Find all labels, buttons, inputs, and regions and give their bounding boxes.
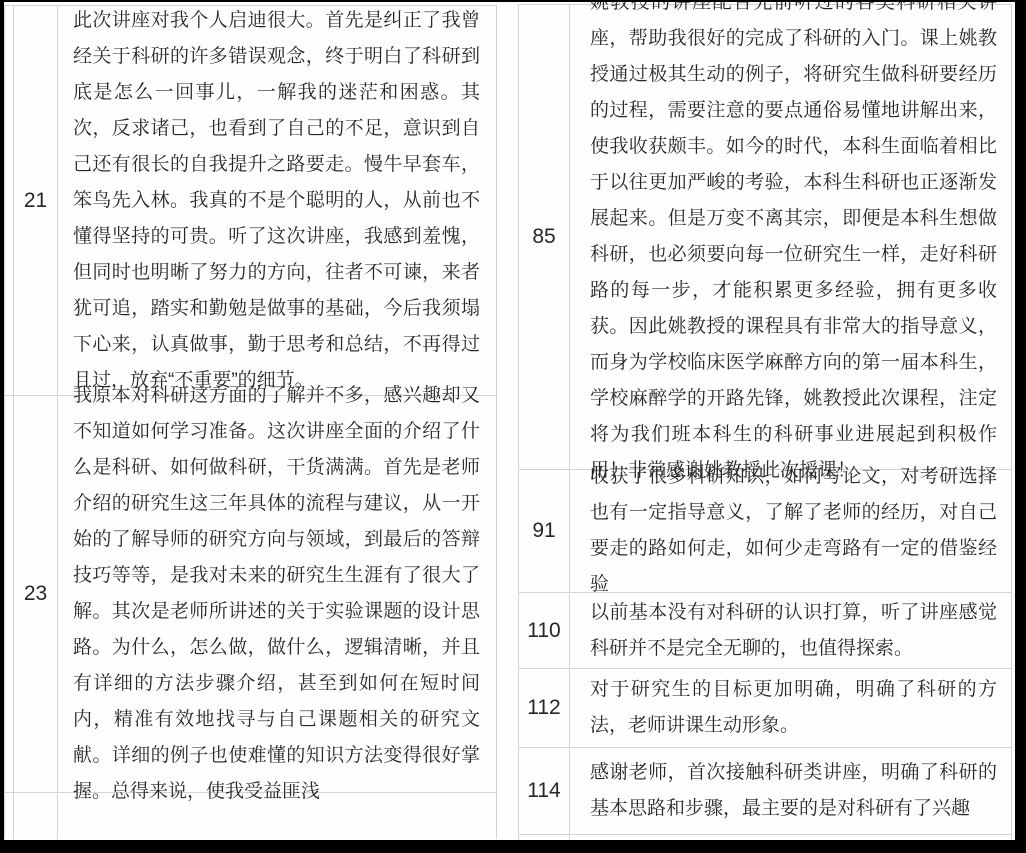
feedback-text: 以前基本没有对科研的认识打算，听了讲座感觉科研并不是完全无聊的，也值得探索。 — [590, 595, 997, 667]
feedback-table-right: 85 姚教授的讲座配合先前听过的各类科研相关讲座，帮助我很好的完成了科研的入门。… — [518, 4, 1012, 840]
table-row: 112 对于研究生的目标更加明确，明确了科研的方法，老师讲课生动形象。 — [518, 669, 1012, 748]
row-number-cell: 21 — [13, 6, 57, 395]
feedback-text: 此次讲座对我个人启迪很大。首先是纠正了我曾经关于科研的许多错误观念，终于明白了科… — [73, 3, 480, 399]
row-number-cell — [13, 793, 57, 839]
feedback-text: 收获了很多科研知识，如何写论文，对考研选择也有一定指导意义，了解了老师的经历，对… — [590, 459, 997, 603]
table-row: 23 我原本对科研这方面的了解并不多，感兴趣却又不知道如何学习准备。这次讲座全面… — [4, 396, 497, 793]
table-row: 21 此次讲座对我个人启迪很大。首先是纠正了我曾经关于科研的许多错误观念，终于明… — [4, 5, 497, 396]
row-number-cell: 112 — [518, 669, 569, 747]
feedback-text-cell: 以前基本没有对科研的认识打算，听了讲座感觉科研并不是完全无聊的，也值得探索。 — [569, 593, 1012, 668]
table-row: 91 收获了很多科研知识，如何写论文，对考研选择也有一定指导意义，了解了老师的经… — [518, 470, 1012, 593]
feedback-text-cell: 收获了很多科研知识，如何写论文，对考研选择也有一定指导意义，了解了老师的经历，对… — [569, 470, 1012, 592]
table-canvas: 21 此次讲座对我个人启迪很大。首先是纠正了我曾经关于科研的许多错误观念，终于明… — [4, 2, 1015, 840]
feedback-text-cell — [57, 793, 497, 839]
feedback-text-cell: 此次讲座对我个人启迪很大。首先是纠正了我曾经关于科研的许多错误观念，终于明白了科… — [57, 6, 497, 395]
cropped-edge-cell — [4, 396, 13, 792]
feedback-table-left: 21 此次讲座对我个人启迪很大。首先是纠正了我曾经关于科研的许多错误观念，终于明… — [4, 5, 497, 839]
feedback-text-cell: 姚教授的讲座配合先前听过的各类科研相关讲座，帮助我很好的完成了科研的入门。课上姚… — [569, 5, 1012, 469]
row-number-cell — [518, 835, 569, 840]
cropped-edge-cell — [4, 793, 13, 839]
row-number-cell: 91 — [518, 470, 569, 592]
feedback-text: 姚教授的讲座配合先前听过的各类科研相关讲座，帮助我很好的完成了科研的入门。课上姚… — [590, 2, 997, 489]
feedback-text-cell: 我原本对科研这方面的了解并不多，感兴趣却又不知道如何学习准备。这次讲座全面的介绍… — [57, 396, 497, 792]
cropped-edge-cell — [4, 6, 13, 395]
table-row-partial — [4, 793, 497, 839]
feedback-text-cell — [569, 835, 1012, 840]
feedback-text: 对于研究生的目标更加明确，明确了科研的方法，老师讲课生动形象。 — [590, 672, 997, 744]
feedback-text: 我原本对科研这方面的了解并不多，感兴趣却又不知道如何学习准备。这次讲座全面的介绍… — [73, 378, 480, 810]
row-number-cell: 85 — [518, 5, 569, 469]
feedback-text: 感谢老师，首次接触科研类讲座，明确了科研的基本思路和步骤，最主要的是对科研有了兴… — [590, 755, 997, 827]
feedback-text-cell: 对于研究生的目标更加明确，明确了科研的方法，老师讲课生动形象。 — [569, 669, 1012, 747]
feedback-text-cell: 感谢老师，首次接触科研类讲座，明确了科研的基本思路和步骤，最主要的是对科研有了兴… — [569, 748, 1012, 834]
row-number-cell: 114 — [518, 748, 569, 834]
table-row-partial — [518, 835, 1012, 840]
table-row: 85 姚教授的讲座配合先前听过的各类科研相关讲座，帮助我很好的完成了科研的入门。… — [518, 4, 1012, 470]
row-number-cell: 110 — [518, 593, 569, 668]
table-row: 110 以前基本没有对科研的认识打算，听了讲座感觉科研并不是完全无聊的，也值得探… — [518, 593, 1012, 669]
row-number-cell: 23 — [13, 396, 57, 792]
table-row: 114 感谢老师，首次接触科研类讲座，明确了科研的基本思路和步骤，最主要的是对科… — [518, 748, 1012, 835]
screenshot-frame: 21 此次讲座对我个人启迪很大。首先是纠正了我曾经关于科研的许多错误观念，终于明… — [0, 0, 1026, 853]
